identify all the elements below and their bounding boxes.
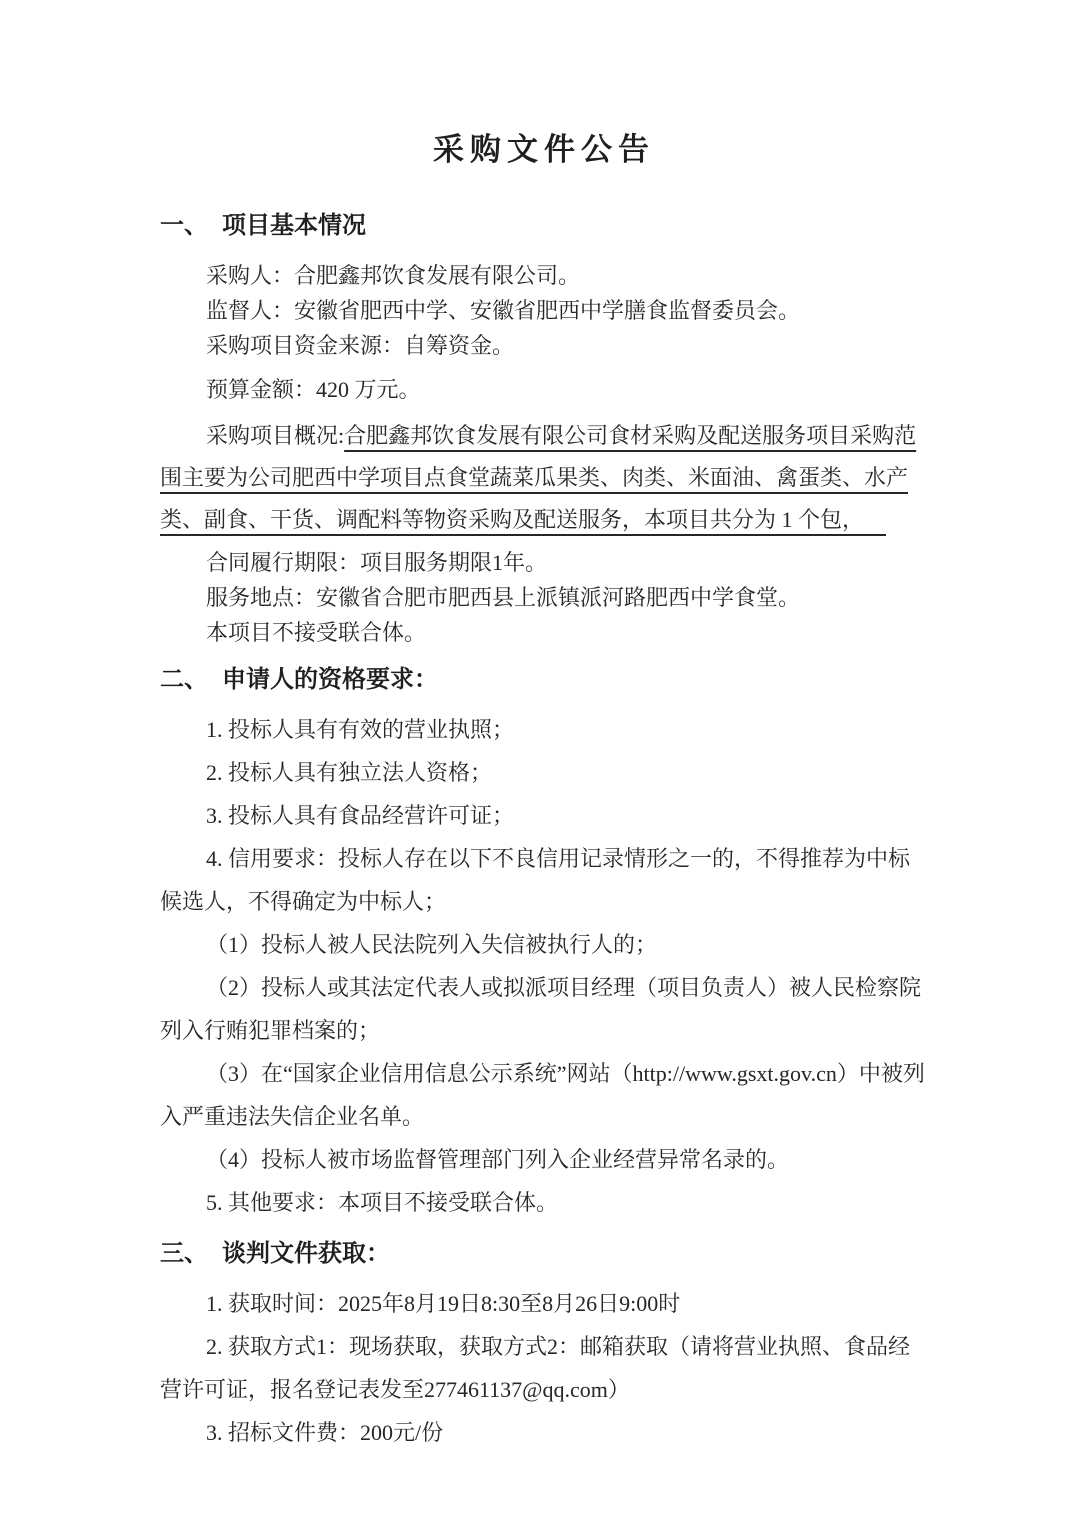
credit-subitem: （3）在“国家企业信用信息公示系统”网站（http://www.gsxt.gov…	[160, 1052, 928, 1138]
funding-source-line: 采购项目资金来源：自筹资金。	[160, 328, 928, 363]
section2-heading: 二、申请人的资格要求：	[160, 662, 928, 698]
section1-heading-label: 项目基本情况	[222, 213, 366, 239]
document-acquisition-list: 1. 获取时间：2025年8月19日8:30至8月26日9:00时 2. 获取方…	[160, 1282, 928, 1454]
section1-heading: 一、项目基本情况	[160, 208, 928, 244]
buyer-line: 采购人：合肥鑫邦饮食发展有限公司。	[160, 258, 928, 293]
section2-heading-label: 申请人的资格要求：	[222, 667, 438, 693]
credit-subitem: （2）投标人或其法定代表人或拟派项目经理（项目负责人）被人民检察院列入行贿犯罪档…	[160, 966, 928, 1052]
section3-number: 三、	[160, 1241, 208, 1267]
requirement-item: 5. 其他要求：本项目不接受联合体。	[160, 1181, 928, 1224]
acquisition-item: 3. 招标文件费：200元/份	[160, 1411, 928, 1454]
section2-number: 二、	[160, 667, 208, 693]
project-overview-paragraph: 采购项目概况:合肥鑫邦饮食发展有限公司食材采购及配送服务项目采购范围主要为公司肥…	[160, 415, 928, 541]
project-overview-label: 采购项目概况:	[206, 423, 344, 448]
requirement-item: 2. 投标人具有独立法人资格；	[160, 751, 928, 794]
requirement-item: 1. 投标人具有有效的营业执照；	[160, 708, 928, 751]
page-title: 采购文件公告	[160, 128, 928, 172]
acquisition-item: 2. 获取方式1：现场获取，获取方式2：邮箱获取（请将营业执照、食品经营许可证，…	[160, 1325, 928, 1411]
requirement-item: 4. 信用要求：投标人存在以下不良信用记录情形之一的，不得推荐为中标候选人，不得…	[160, 837, 928, 923]
acquisition-item: 1. 获取时间：2025年8月19日8:30至8月26日9:00时	[160, 1282, 928, 1325]
section3-heading: 三、谈判文件获取：	[160, 1236, 928, 1272]
requirement-item: 3. 投标人具有食品经营许可证；	[160, 794, 928, 837]
credit-subitem: （4）投标人被市场监督管理部门列入企业经营异常名录的。	[160, 1138, 928, 1181]
no-consortium-line: 本项目不接受联合体。	[160, 615, 928, 650]
budget-line: 预算金额：420 万元。	[160, 372, 928, 407]
supervisor-line: 监督人：安徽省肥西中学、安徽省肥西中学膳食监督委员会。	[160, 293, 928, 328]
document-page: 采购文件公告 一、项目基本情况 采购人：合肥鑫邦饮食发展有限公司。 监督人：安徽…	[0, 0, 1080, 1527]
qualification-requirements-list: 1. 投标人具有有效的营业执照； 2. 投标人具有独立法人资格； 3. 投标人具…	[160, 708, 928, 1224]
contract-term-line: 合同履行期限：项目服务期限1年。	[160, 545, 928, 580]
service-location-line: 服务地点：安徽省合肥市肥西县上派镇派河路肥西中学食堂。	[160, 580, 928, 615]
credit-subitem: （1）投标人被人民法院列入失信被执行人的；	[160, 923, 928, 966]
section3-heading-label: 谈判文件获取：	[222, 1241, 390, 1267]
section1-number: 一、	[160, 213, 208, 239]
document-content: 采购文件公告 一、项目基本情况 采购人：合肥鑫邦饮食发展有限公司。 监督人：安徽…	[0, 0, 1080, 1454]
